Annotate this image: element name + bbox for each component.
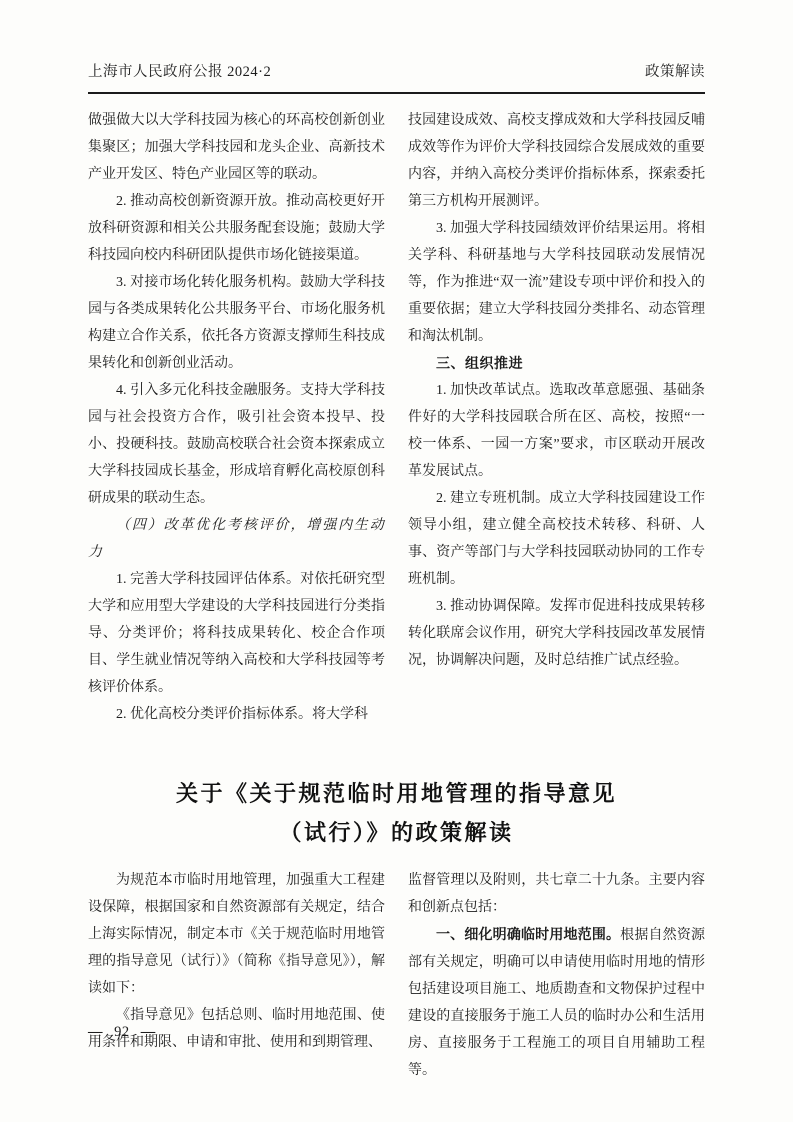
top-right-column: 技园建设成效、高校支撑成效和大学科技园反哺成效等作为评价大学科技园综合发展成效的… [408, 107, 705, 728]
section-heading: 三、组织推进 [408, 350, 705, 377]
top-left-column: 做强做大以大学科技园为核心的环高校创新创业集聚区；加强大学科技园和龙头企业、高新… [88, 107, 385, 728]
paragraph: 做强做大以大学科技园为核心的环高校创新创业集聚区；加强大学科技园和龙头企业、高新… [88, 107, 385, 188]
paragraph: 3. 加强大学科技园绩效评价结果运用。将相关学科、科研基地与大学科技园联动发展情… [408, 215, 705, 350]
paragraph: 技园建设成效、高校支撑成效和大学科技园反哺成效等作为评价大学科技园综合发展成效的… [408, 107, 705, 215]
article-title: 关于《关于规范临时用地管理的指导意见 （试行）》的政策解读 [88, 774, 705, 852]
header-section-label: 政策解读 [645, 60, 705, 81]
page-content: 上海市人民政府公报 2024·2 政策解读 做强做大以大学科技园为核心的环高校创… [88, 60, 705, 1084]
sub-section-heading: （四）改革优化考核评价，增强内生动力 [88, 512, 385, 566]
paragraph: 1. 加快改革试点。选取改革意愿强、基础条件好的大学科技园联合所在区、高校，按照… [408, 377, 705, 485]
header-publication-title: 上海市人民政府公报 2024·2 [88, 60, 271, 81]
article-title-line2: （试行）》的政策解读 [88, 813, 705, 852]
paragraph: 4. 引入多元化科技金融服务。支持大学科技园与社会投资方合作，吸引社会资本投早、… [88, 377, 385, 512]
inline-heading: 一、细化明确临时用地范围。 [436, 926, 620, 942]
paragraph: 2. 优化高校分类评价指标体系。将大学科 [88, 701, 385, 728]
paragraph: 3. 推动协调保障。发挥市促进科技成果转移转化联席会议作用，研究大学科技园改革发… [408, 593, 705, 674]
paragraph: 2. 建立专班机制。成立大学科技园建设工作领导小组，建立健全高校技术转移、科研、… [408, 485, 705, 593]
paragraph: 监督管理以及附则，共七章二十九条。主要内容和创新点包括： [408, 867, 705, 921]
bottom-article-body: 为规范本市临时用地管理，加强重大工程建设保障，根据国家和自然资源部有关规定，结合… [88, 867, 705, 1084]
page-number-dash-left: — [88, 1024, 103, 1040]
top-article-body: 做强做大以大学科技园为核心的环高校创新创业集聚区；加强大学科技园和龙头企业、高新… [88, 107, 705, 728]
text-run: 根据自然资源部有关规定，明确可以申请使用临时用地的情形包括建设项目施工、地质勘查… [408, 928, 705, 1078]
page-number: — 92 — [88, 1024, 156, 1041]
paragraph: 一、细化明确临时用地范围。根据自然资源部有关规定，明确可以申请使用临时用地的情形… [408, 921, 705, 1084]
paragraph: 3. 对接市场化转化服务机构。鼓励大学科技园与各类成果转化公共服务平台、市场化服… [88, 269, 385, 377]
paragraph: 1. 完善大学科技园评估体系。对依托研究型大学和应用型大学建设的大学科技园进行分… [88, 566, 385, 701]
page-number-dash-right: — [141, 1024, 156, 1040]
page-number-value: 92 [114, 1024, 130, 1040]
article-title-line1: 关于《关于规范临时用地管理的指导意见 [88, 774, 705, 813]
bottom-left-column: 为规范本市临时用地管理，加强重大工程建设保障，根据国家和自然资源部有关规定，结合… [88, 867, 385, 1084]
paragraph: 为规范本市临时用地管理，加强重大工程建设保障，根据国家和自然资源部有关规定，结合… [88, 867, 385, 1002]
gazette-page: 上海市人民政府公报 2024·2 政策解读 做强做大以大学科技园为核心的环高校创… [0, 0, 793, 1122]
page-header: 上海市人民政府公报 2024·2 政策解读 [88, 60, 705, 94]
bottom-right-column: 监督管理以及附则，共七章二十九条。主要内容和创新点包括：一、细化明确临时用地范围… [408, 867, 705, 1084]
paragraph: 2. 推动高校创新资源开放。推动高校更好开放科研资源和相关公共服务配套设施；鼓励… [88, 188, 385, 269]
